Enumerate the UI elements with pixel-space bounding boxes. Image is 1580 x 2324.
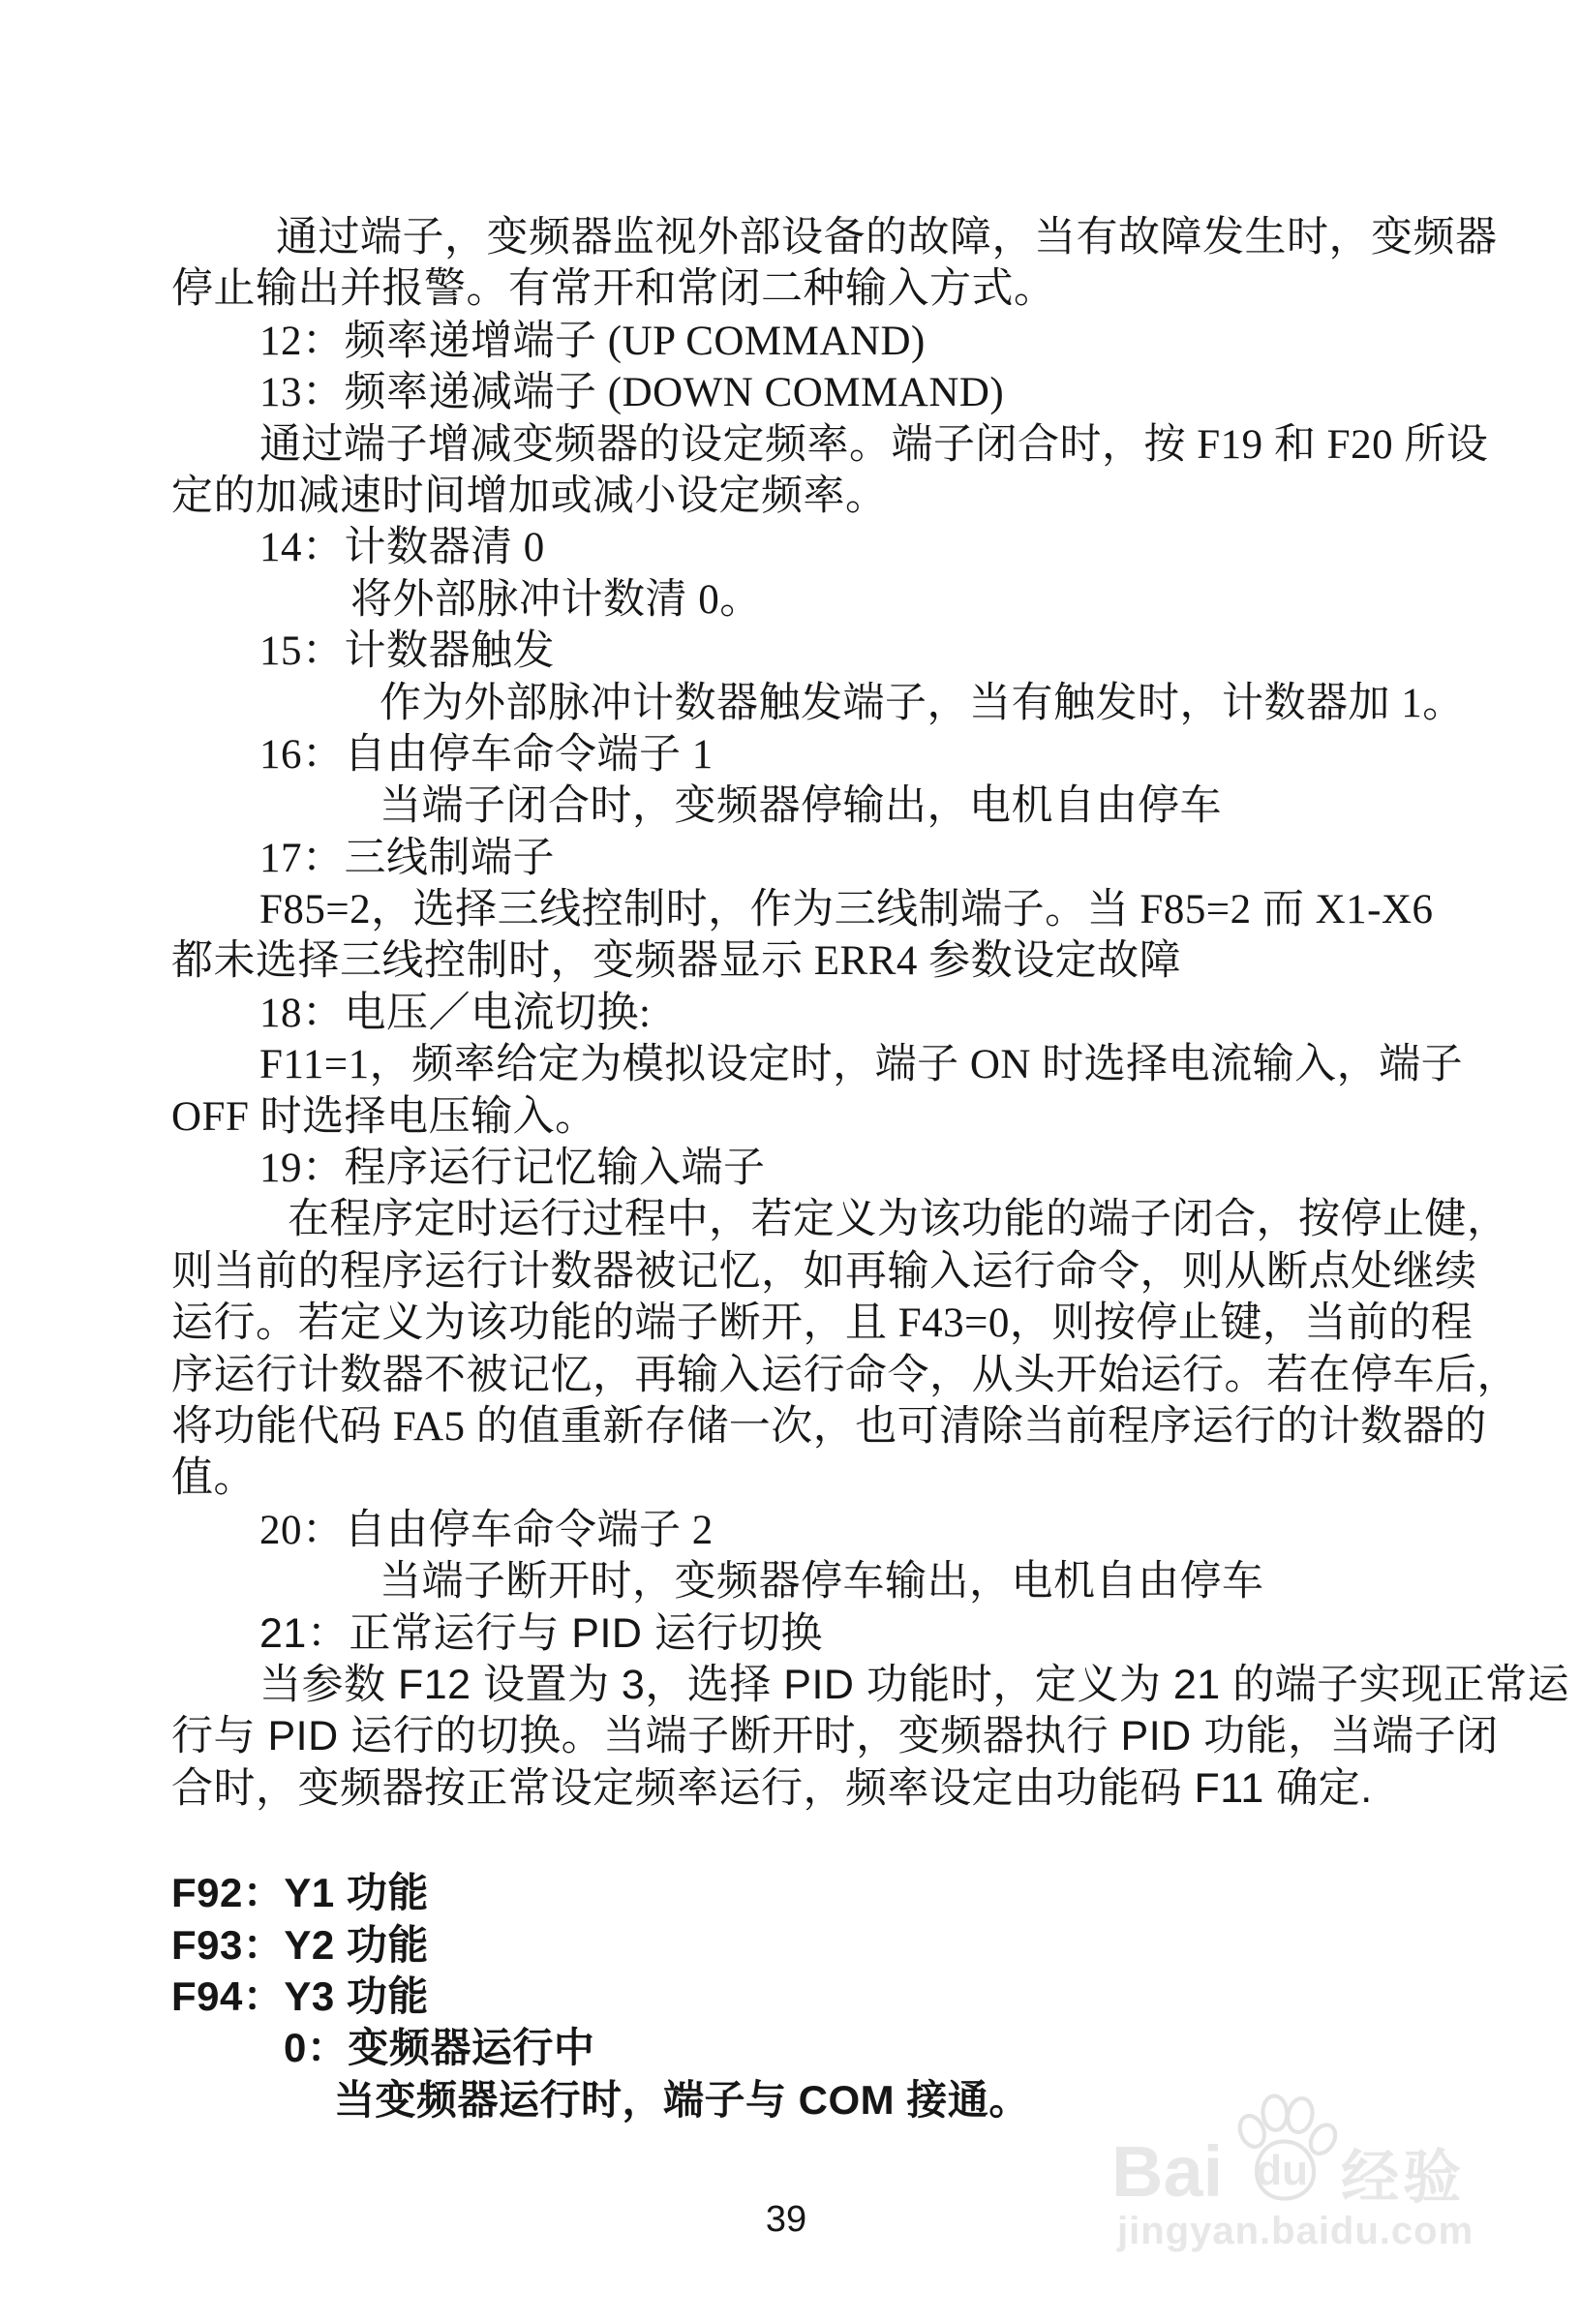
text-line: 都未选择三线控制时，变频器显示 ERR4 参数设定故障 [171, 935, 1527, 987]
text-line: 停止输出并报警。有常开和常闭二种输入方式。 [171, 263, 1527, 315]
text-line: 14：计数器清 0 [171, 522, 1527, 573]
text-line: 21：正常运行与 PID 运行切换 [171, 1608, 1527, 1660]
document-body: 通过端子，变频器监视外部设备的故障，当有故障发生时，变频器停止输出并报警。有常开… [171, 212, 1527, 2125]
watermark: Bai du 经验 jingyan.baidu.com [1111, 2099, 1528, 2274]
watermark-jingyan-text: 经验 [1341, 2147, 1465, 2208]
text-line: 作为外部脉冲计数器触发端子，当有触发时，计数器加 1。 [171, 678, 1527, 729]
text-line: 15：计数器触发 [171, 626, 1527, 677]
document-lines: 通过端子，变频器监视外部设备的故障，当有故障发生时，变频器停止输出并报警。有常开… [171, 212, 1527, 1815]
text-line: 12：频率递增端子 (UP COMMAND) [171, 316, 1527, 367]
text-line: F93：Y2 功能 [171, 1919, 1527, 1971]
text-line: 序运行计数器不被记忆，再输入运行命令，从头开始运行。若在停车后， [171, 1350, 1527, 1401]
text-line: 20：自由停车命令端子 2 [171, 1505, 1527, 1556]
text-line: 则当前的程序运行计数器被记忆，如再输入运行命令，则从断点处继续 [171, 1246, 1527, 1298]
text-line: F11=1，频率给定为模拟设定时，端子 ON 时选择电流输入，端子 [171, 1039, 1527, 1090]
page: { "page": { "background": "#ffffff", "te… [0, 0, 1580, 2324]
watermark-du-text: du [1256, 2150, 1308, 2192]
text-line: 行与 PID 运行的切换。当端子断开时，变频器执行 PID 功能，当端子闭 [171, 1711, 1527, 1762]
text-line: F85=2，选择三线控制时，作为三线制端子。当 F85=2 而 X1-X6 [171, 884, 1527, 935]
text-line: 通过端子增减变频器的设定频率。端子闭合时，按 F19 和 F20 所设 [171, 419, 1527, 471]
watermark-url: jingyan.baidu.com [1111, 2210, 1528, 2253]
watermark-bai-text: Bai [1111, 2136, 1223, 2208]
text-line: 值。 [171, 1452, 1527, 1504]
text-line: 0：变频器运行中 [171, 2022, 1527, 2073]
text-line: 18：电压／电流切换: [171, 988, 1527, 1039]
baidu-paw-icon: du [1225, 2094, 1339, 2208]
text-line: 合时，变频器按正常设定频率运行，频率设定由功能码 F11 确定. [171, 1763, 1527, 1815]
text-line: F94：Y3 功能 [171, 1971, 1527, 2022]
text-line: 将功能代码 FA5 的值重新存储一次，也可清除当前程序运行的计数器的 [171, 1401, 1527, 1452]
text-line: 17：三线制端子 [171, 833, 1527, 884]
text-line: 当参数 F12 设置为 3，选择 PID 功能时，定义为 21 的端子实现正常运 [171, 1660, 1527, 1711]
text-line: F92：Y1 功能 [171, 1867, 1527, 1918]
baidu-logo: Bai du 经验 [1111, 2099, 1528, 2208]
text-line: 将外部脉冲计数清 0。 [171, 574, 1527, 626]
text-line: 定的加减速时间增加或减小设定频率。 [171, 471, 1527, 522]
document-lines-2: F92：Y1 功能F93：Y2 功能F94：Y3 功能0：变频器运行中当变频器运… [171, 1867, 1527, 2125]
text-line: 19：程序运行记忆输入端子 [171, 1143, 1527, 1194]
text-line: 13：频率递减端子 (DOWN COMMAND) [171, 367, 1527, 418]
text-line: 运行。若定义为该功能的端子断开，且 F43=0，则按停止键，当前的程 [171, 1298, 1527, 1349]
text-line: 在程序定时运行过程中，若定义为该功能的端子闭合，按停止健， [171, 1194, 1527, 1245]
text-line: 16：自由停车命令端子 1 [171, 729, 1527, 780]
text-line: 当端子断开时，变频器停车输出，电机自由停车 [171, 1556, 1527, 1607]
text-line: 当端子闭合时，变频器停输出，电机自由停车 [171, 780, 1527, 832]
text-line: OFF 时选择电压输入。 [171, 1091, 1527, 1143]
text-line: 通过端子，变频器监视外部设备的故障，当有故障发生时，变频器 [171, 212, 1527, 263]
